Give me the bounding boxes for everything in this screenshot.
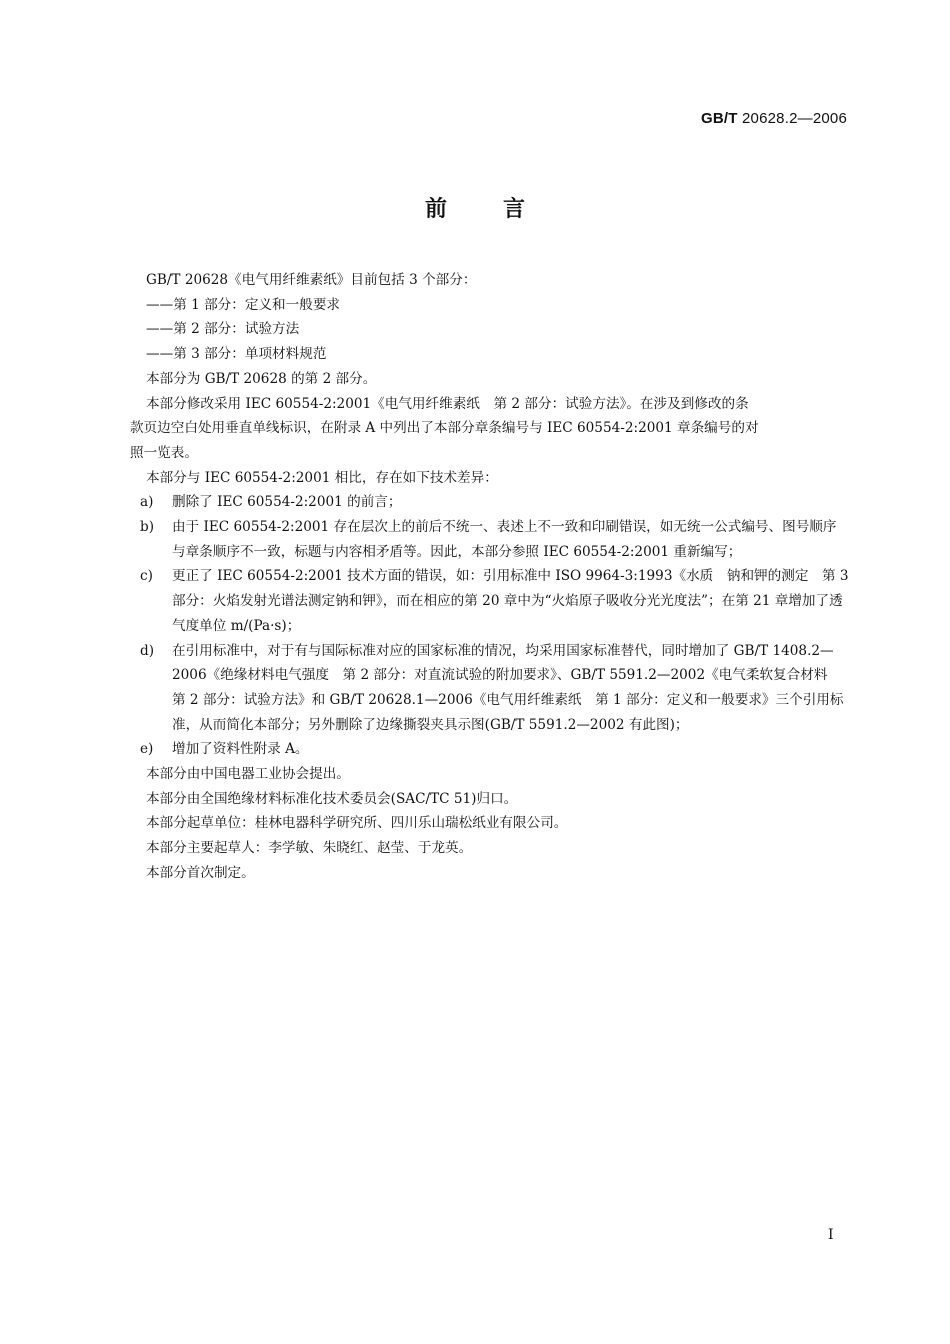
part-list-item-1: ——第 1 部分：定义和一般要求 bbox=[146, 293, 850, 318]
drafters-paragraph: 本部分主要起草人：李学敏、朱晓红、赵莹、于龙英。 bbox=[146, 836, 850, 861]
foreword-body: GB/T 20628《电气用纤维素纸》目前包括 3 个部分： ——第 1 部分：… bbox=[146, 268, 850, 886]
difference-item-d: d) 在引用标准中，对于有与国际标准对应的国家标准的情况，均采用国家标准替代，同… bbox=[146, 639, 850, 738]
page-number: I bbox=[828, 1227, 834, 1243]
part-list-item-3: ——第 3 部分：单项材料规范 bbox=[146, 342, 850, 367]
list-marker: e) bbox=[140, 737, 172, 762]
drafting-units-paragraph: 本部分起草单位：桂林电器科学研究所、四川乐山瑞松纸业有限公司。 bbox=[146, 811, 850, 836]
list-marker: c) bbox=[140, 564, 172, 638]
difference-item-a: a) 删除了 IEC 60554-2:2001 的前言； bbox=[146, 490, 850, 515]
adoption-paragraph-line-2: 款页边空白处用垂直单线标识，在附录 A 中列出了本部分章条编号与 IEC 605… bbox=[130, 416, 850, 441]
differences-intro: 本部分与 IEC 60554-2:2001 相比，存在如下技术差异： bbox=[146, 466, 850, 491]
difference-item-b: b) 由于 IEC 60554-2:2001 存在层次上的前后不统一、表述上不一… bbox=[146, 515, 850, 564]
adoption-paragraph-line-3: 照一览表。 bbox=[130, 441, 850, 466]
list-marker: d) bbox=[140, 639, 172, 738]
difference-item-c: c) 更正了 IEC 60554-2:2001 技术方面的错误，如：引用标准中 … bbox=[146, 564, 850, 638]
page-title: 前言 bbox=[0, 192, 950, 223]
intro-paragraph: GB/T 20628《电气用纤维素纸》目前包括 3 个部分： bbox=[146, 268, 850, 293]
standard-code: GB/T 20628.2—2006 bbox=[701, 110, 847, 127]
standard-code-prefix: GB/T bbox=[701, 110, 738, 127]
centralized-by-paragraph: 本部分由全国绝缘材料标准化技术委员会(SAC/TC 51)归口。 bbox=[146, 787, 850, 812]
list-item-text: 删除了 IEC 60554-2:2001 的前言； bbox=[172, 490, 850, 515]
part-list-item-2: ——第 2 部分：试验方法 bbox=[146, 317, 850, 342]
difference-item-e: e) 增加了资料性附录 A。 bbox=[146, 737, 850, 762]
list-marker: b) bbox=[140, 515, 172, 564]
first-issue-paragraph: 本部分首次制定。 bbox=[146, 861, 850, 886]
document-page: GB/T 20628.2—2006 前言 GB/T 20628《电气用纤维素纸》… bbox=[0, 0, 950, 1344]
list-item-text: 由于 IEC 60554-2:2001 存在层次上的前后不统一、表述上不一致和印… bbox=[172, 515, 850, 564]
list-item-text: 在引用标准中，对于有与国际标准对应的国家标准的情况，均采用国家标准替代，同时增加… bbox=[172, 639, 850, 738]
adoption-paragraph-line-1: 本部分修改采用 IEC 60554-2:2001《电气用纤维素纸 第 2 部分：… bbox=[146, 392, 850, 417]
list-item-text: 增加了资料性附录 A。 bbox=[172, 737, 850, 762]
this-part-paragraph: 本部分为 GB/T 20628 的第 2 部分。 bbox=[146, 367, 850, 392]
standard-code-number: 20628.2—2006 bbox=[742, 110, 847, 127]
list-marker: a) bbox=[140, 490, 172, 515]
proposed-by-paragraph: 本部分由中国电器工业协会提出。 bbox=[146, 762, 850, 787]
list-item-text: 更正了 IEC 60554-2:2001 技术方面的错误，如：引用标准中 ISO… bbox=[172, 564, 850, 638]
